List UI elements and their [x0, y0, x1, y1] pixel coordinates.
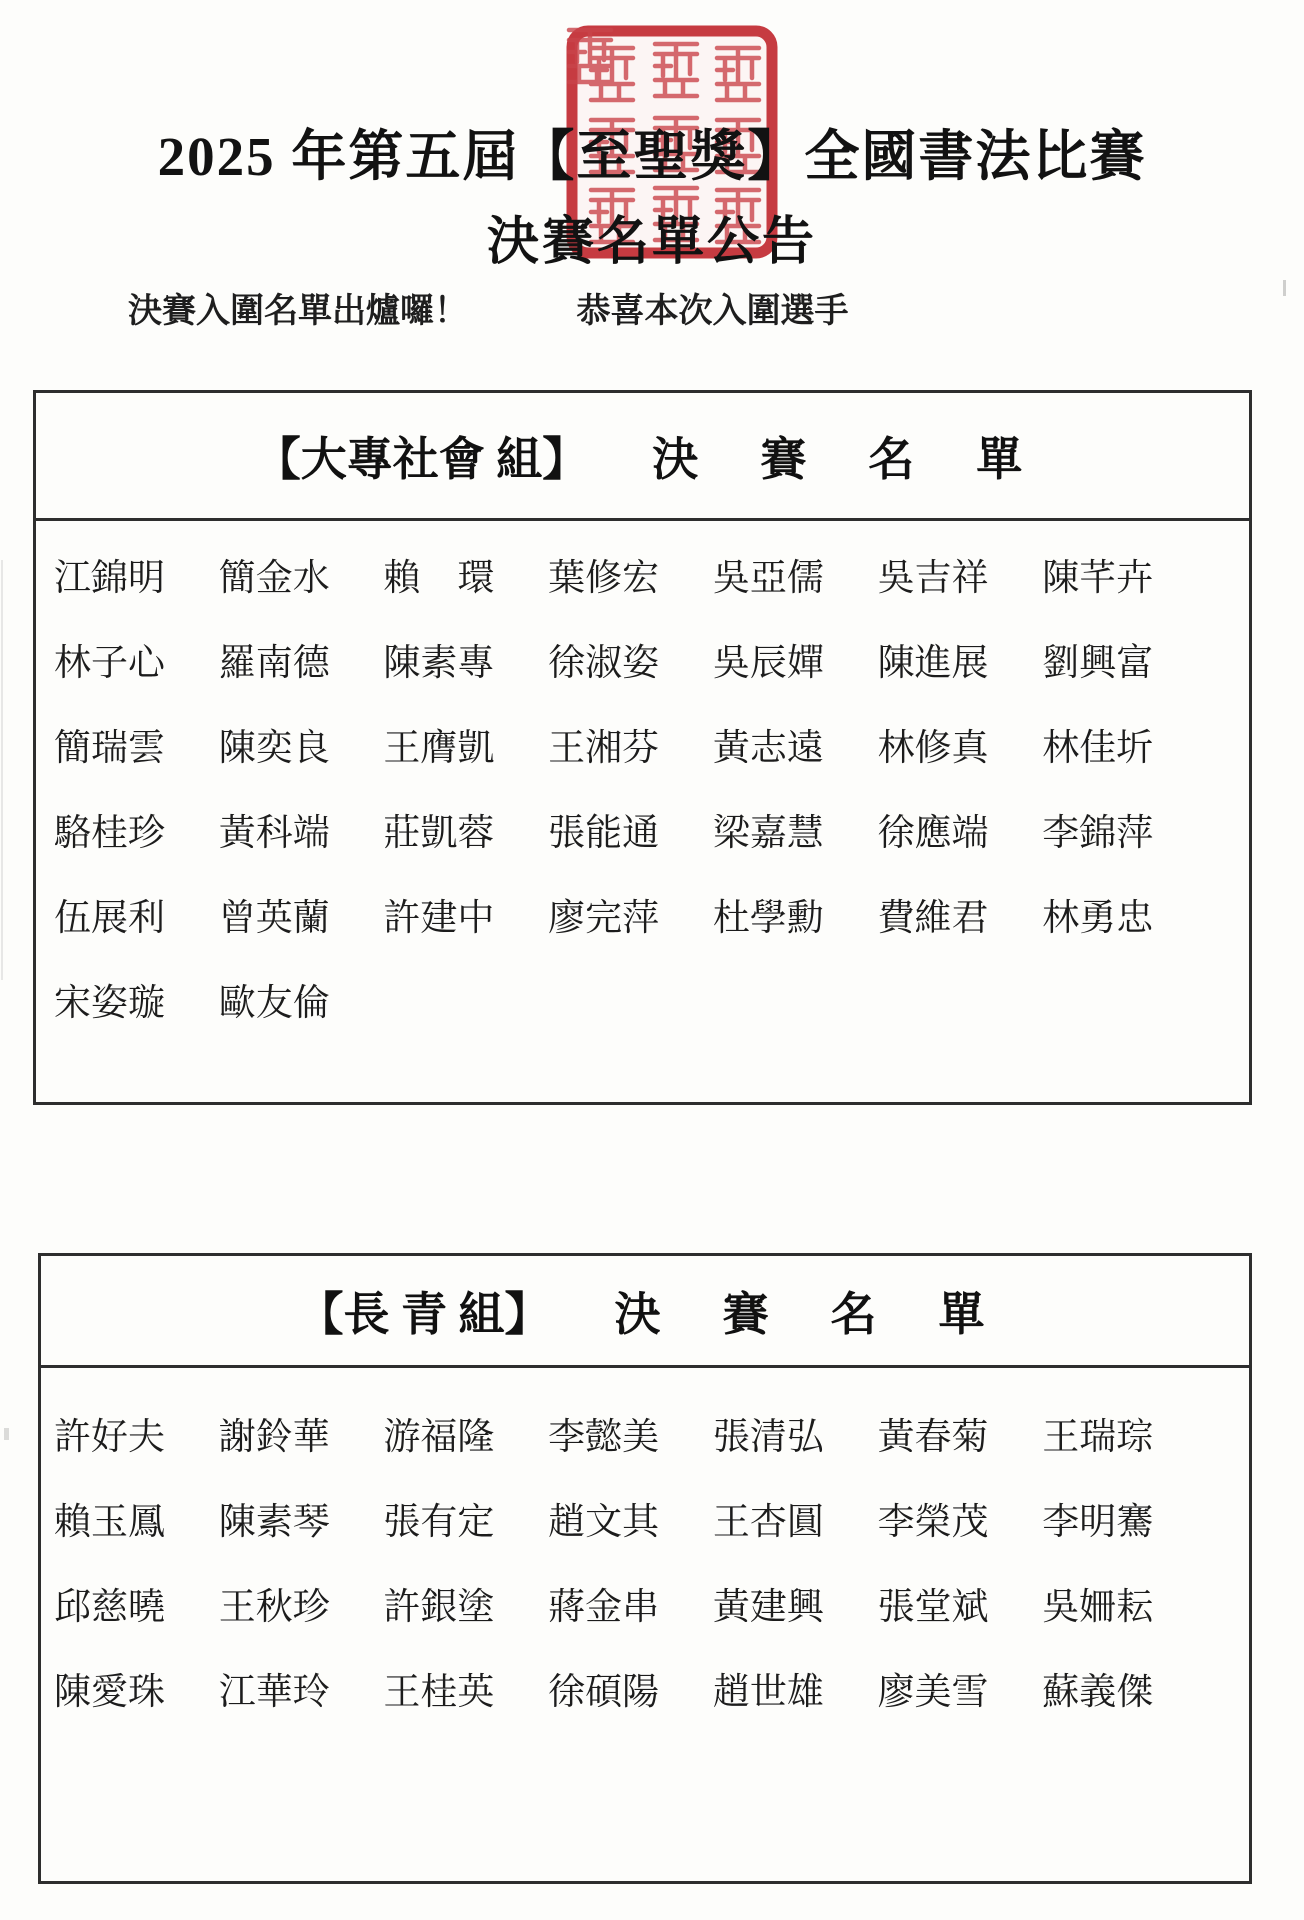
- finalist-name: 陳芊卉: [1042, 547, 1207, 601]
- finalist-name: 吳姍耘: [1042, 1576, 1207, 1630]
- finalist-row: 賴玉鳳陳素琴張有定趙文其王杏圓李榮茂李明騫: [54, 1475, 1207, 1560]
- finalist-name: 廖完萍: [548, 887, 713, 941]
- finalist-name: 江錦明: [54, 547, 219, 601]
- finalist-name: 趙世雄: [713, 1661, 878, 1715]
- finalist-name: 陳進展: [878, 632, 1043, 686]
- finalist-name: 李懿美: [548, 1406, 713, 1460]
- finalist-name: 陳素琴: [219, 1491, 384, 1545]
- finalist-name: 黃科端: [219, 802, 384, 856]
- list-title: 決 賽 名 單: [615, 1278, 993, 1344]
- finalist-row: 宋姿璇歐友倫: [54, 956, 1207, 1041]
- finalist-name: 許建中: [383, 887, 548, 941]
- scan-artifact: [1283, 280, 1286, 296]
- finalist-name: 黃建興: [713, 1576, 878, 1630]
- finalist-name: 王杏圓: [713, 1491, 878, 1545]
- table-header-college-society: 【大專社會 組】 決 賽 名 單: [36, 393, 1249, 521]
- finalist-name: 費維君: [878, 887, 1043, 941]
- finalist-name: 駱桂珍: [54, 802, 219, 856]
- finalist-name: 蘇義傑: [1042, 1661, 1207, 1715]
- finalist-name: 曾英蘭: [219, 887, 384, 941]
- finalist-row: 伍展利曾英蘭許建中廖完萍杜學勳費維君林勇忠: [54, 871, 1207, 956]
- finalist-name: 江華玲: [219, 1661, 384, 1715]
- finalist-name: 劉興富: [1042, 632, 1207, 686]
- finalist-name: 葉修宏: [548, 547, 713, 601]
- finalist-table-college-society: 【大專社會 組】 決 賽 名 單 江錦明簡金水賴 環葉修宏吳亞儒吳吉祥陳芊卉林子…: [33, 390, 1252, 1105]
- finalist-name: 黃志遠: [713, 717, 878, 771]
- finalist-name: 謝鈴華: [219, 1406, 384, 1460]
- finalist-name: 邱慈曉: [54, 1576, 219, 1630]
- finalist-name: 徐淑姿: [548, 632, 713, 686]
- group-label: 【長 青 組】: [298, 1278, 551, 1344]
- finalist-list-college-society: 江錦明簡金水賴 環葉修宏吳亞儒吳吉祥陳芊卉林子心羅南德陳素專徐淑姿吳辰嬋陳進展劉…: [36, 521, 1249, 1041]
- finalist-row: 簡瑞雲陳奕良王膺凱王湘芬黃志遠林修真林佳圻: [54, 701, 1207, 786]
- finalist-name: 賴 環: [383, 547, 548, 601]
- subtitle-right: 恭喜本次入圍選手: [577, 293, 849, 330]
- table-header-evergreen: 【長 青 組】 決 賽 名 單: [41, 1256, 1249, 1368]
- finalist-name: 林佳圻: [1042, 717, 1207, 771]
- finalist-name: 伍展利: [54, 887, 219, 941]
- finalist-name: 張能通: [548, 802, 713, 856]
- finalist-row: 江錦明簡金水賴 環葉修宏吳亞儒吳吉祥陳芊卉: [54, 531, 1207, 616]
- title-line-2: 決賽名單公告: [0, 199, 1304, 274]
- scan-artifact: [4, 1428, 9, 1440]
- subtitle-left: 決賽入圍名單出爐囉！: [128, 293, 468, 330]
- finalist-row: 駱桂珍黃科端莊凱蓉張能通梁嘉慧徐應端李錦萍: [54, 786, 1207, 871]
- finalist-name: 王瑞琮: [1042, 1406, 1207, 1460]
- finalist-name: 張有定: [383, 1491, 548, 1545]
- finalist-name: 陳奕良: [219, 717, 384, 771]
- finalist-name: 賴玉鳳: [54, 1491, 219, 1545]
- finalist-name: 李錦萍: [1042, 802, 1207, 856]
- finalist-name: 張清弘: [713, 1406, 878, 1460]
- finalist-name: 莊凱蓉: [383, 802, 548, 856]
- list-title: 決 賽 名 單: [652, 423, 1030, 489]
- finalist-name: 王桂英: [383, 1661, 548, 1715]
- finalist-row: 林子心羅南德陳素專徐淑姿吳辰嬋陳進展劉興富: [54, 616, 1207, 701]
- finalist-name: 梁嘉慧: [713, 802, 878, 856]
- finalist-name: 林勇忠: [1042, 887, 1207, 941]
- finalist-name: 陳愛珠: [54, 1661, 219, 1715]
- finalist-row: 陳愛珠江華玲王桂英徐碩陽趙世雄廖美雪蘇義傑: [54, 1645, 1207, 1730]
- finalist-name: 羅南德: [219, 632, 384, 686]
- finalist-name: 吳吉祥: [878, 547, 1043, 601]
- finalist-table-evergreen: 【長 青 組】 決 賽 名 單 許好夫謝鈴華游福隆李懿美張清弘黃春菊王瑞琮賴玉鳳…: [38, 1253, 1252, 1884]
- group-label: 【大專社會 組】: [255, 423, 589, 489]
- announcement-page: 2025 年第五屆【至聖獎】全國書法比賽 決賽名單公告 決賽入圍名單出爐囉！ 恭…: [0, 0, 1304, 1920]
- finalist-name: 趙文其: [548, 1491, 713, 1545]
- finalist-name: 張堂斌: [878, 1576, 1043, 1630]
- finalist-name: 黃春菊: [878, 1406, 1043, 1460]
- subtitle: 決賽入圍名單出爐囉！ 恭喜本次入圍選手: [128, 283, 849, 332]
- finalist-name: 吳辰嬋: [713, 632, 878, 686]
- finalist-name: 王秋珍: [219, 1576, 384, 1630]
- finalist-name: 林修真: [878, 717, 1043, 771]
- finalist-row: 許好夫謝鈴華游福隆李懿美張清弘黃春菊王瑞琮: [54, 1390, 1207, 1475]
- finalist-list-evergreen: 許好夫謝鈴華游福隆李懿美張清弘黃春菊王瑞琮賴玉鳳陳素琴張有定趙文其王杏圓李榮茂李…: [41, 1368, 1249, 1730]
- finalist-name: 廖美雪: [878, 1661, 1043, 1715]
- finalist-name: 杜學勳: [713, 887, 878, 941]
- finalist-name: 蔣金串: [548, 1576, 713, 1630]
- scan-edge-artifact: [1, 560, 3, 980]
- finalist-name: 歐友倫: [219, 972, 384, 1026]
- finalist-name: 許銀塗: [383, 1576, 548, 1630]
- finalist-name: 陳素專: [383, 632, 548, 686]
- finalist-name: 林子心: [54, 632, 219, 686]
- finalist-name: 徐碩陽: [548, 1661, 713, 1715]
- finalist-name: 王湘芬: [548, 717, 713, 771]
- finalist-name: 許好夫: [54, 1406, 219, 1460]
- finalist-name: 游福隆: [383, 1406, 548, 1460]
- page-title: 2025 年第五屆【至聖獎】全國書法比賽 決賽名單公告: [0, 112, 1304, 274]
- finalist-name: 李明騫: [1042, 1491, 1207, 1545]
- finalist-name: 吳亞儒: [713, 547, 878, 601]
- finalist-name: 李榮茂: [878, 1491, 1043, 1545]
- finalist-name: 徐應端: [878, 802, 1043, 856]
- finalist-name: 簡瑞雲: [54, 717, 219, 771]
- finalist-name: 宋姿璇: [54, 972, 219, 1026]
- finalist-name: 簡金水: [219, 547, 384, 601]
- finalist-row: 邱慈曉王秋珍許銀塗蔣金串黃建興張堂斌吳姍耘: [54, 1560, 1207, 1645]
- finalist-name: 王膺凱: [383, 717, 548, 771]
- title-line-1: 2025 年第五屆【至聖獎】全國書法比賽: [0, 112, 1304, 191]
